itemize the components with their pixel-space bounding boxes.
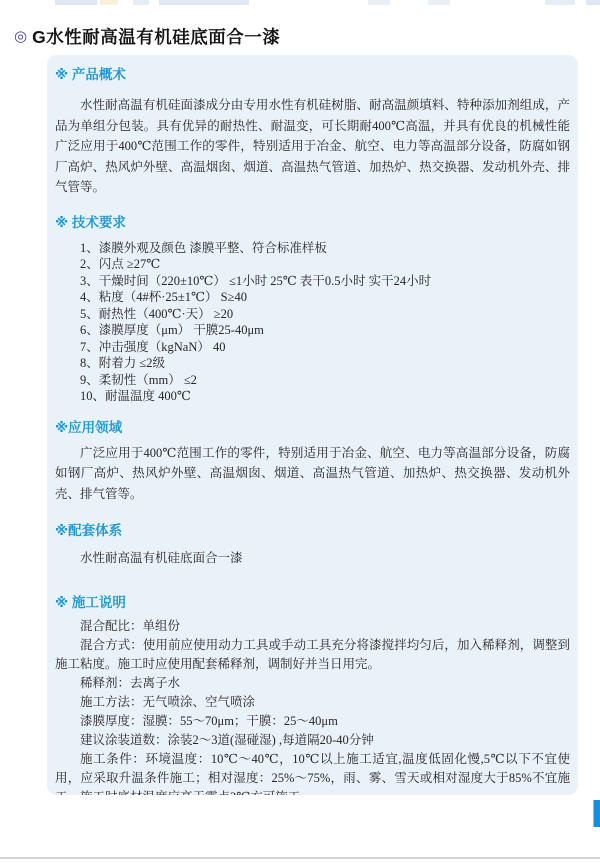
technical-requirement-item: 10、耐温温度 400℃ (55, 388, 570, 405)
technical-requirement-item: 6、漆膜厚度（μm） 干膜25-40μm (55, 322, 570, 339)
product-overview-paragraph: 水性耐高温有机硅面漆成分由专用水性有机硅树脂、耐高温颜填料、特种添加剂组成，产品… (55, 95, 570, 198)
construction-instruction-line: 建议涂装道数：涂装2～3道(湿碰湿) ,每道隔20-40分钟 (55, 731, 570, 750)
technical-requirement-item: 4、粘度（4#杯·25±1℃） S≥40 (55, 289, 570, 306)
technical-requirement-item: 8、附着力 ≤2级 (55, 355, 570, 372)
content-panel: ※ 产品概术 水性耐高温有机硅面漆成分由专用水性有机硅树脂、耐高温颜填料、特种添… (47, 55, 578, 795)
section-heading-application-fields: ※应用领域 (55, 419, 570, 437)
technical-requirement-item: 5、耐热性（400℃·天） ≥20 (55, 306, 570, 323)
product-datasheet-page: ◎ G水性耐高温有机硅底面合一漆 ※ 产品概术 水性耐高温有机硅面漆成分由专用水… (0, 0, 600, 865)
section-technical-requirements: ※ 技术要求 1、漆膜外观及颜色 漆膜平整、符合标准样板2、闪点 ≥27℃3、干… (55, 214, 570, 405)
top-edge-fragment (428, 0, 450, 5)
top-edge-fragment (545, 0, 575, 5)
section-matching-system: ※配套体系 水性耐高温有机硅底面合一漆 (55, 522, 570, 568)
construction-instruction-line: 混合方式：使用前应使用动力工具或手动工具充分将漆搅拌均匀后，加入稀释剂，调整到施… (55, 636, 570, 674)
section-product-overview: ※ 产品概术 水性耐高温有机硅面漆成分由专用水性有机硅树脂、耐高温颜填料、特种添… (55, 66, 570, 198)
page-title: G水性耐高温有机硅底面合一漆 (32, 24, 280, 49)
section-construction-instructions: ※ 施工说明 混合配比：单组份混合方式：使用前应使用动力工具或手动工具充分将漆搅… (55, 594, 570, 795)
technical-requirement-item: 1、漆膜外观及颜色 漆膜平整、符合标准样板 (55, 240, 570, 257)
construction-instruction-line: 混合配比：单组份 (55, 617, 570, 636)
top-edge-fragment (100, 0, 118, 5)
technical-requirement-item: 2、闪点 ≥27℃ (55, 256, 570, 273)
technical-requirement-item: 3、干燥时间（220±10℃） ≤1小时 25℃ 表干0.5小时 实干24小时 (55, 273, 570, 290)
scrollbar-thumb[interactable] (593, 800, 600, 827)
bullseye-bullet-icon: ◎ (14, 29, 27, 44)
section-heading-technical-requirements: ※ 技术要求 (55, 214, 570, 232)
construction-instruction-line: 施工方法：无气喷涂、空气喷涂 (55, 693, 570, 712)
construction-instruction-line: 施工条件：环境温度：10℃～40℃，10℃以上施工适宜,温度低固化慢,5℃以下不… (55, 750, 570, 795)
top-edge-fragment (159, 0, 249, 5)
technical-requirement-item: 7、冲击强度（kgNaN） 40 (55, 339, 570, 356)
top-edge-fragment (586, 0, 600, 5)
top-edge-fragment (55, 0, 97, 5)
section-heading-construction-instructions: ※ 施工说明 (55, 594, 570, 612)
technical-requirement-item: 9、柔韧性（mm） ≤2 (55, 372, 570, 389)
section-heading-matching-system: ※配套体系 (55, 522, 570, 540)
top-edge-fragment (368, 0, 390, 5)
technical-requirements-list: 1、漆膜外观及颜色 漆膜平整、符合标准样板2、闪点 ≥27℃3、干燥时间（220… (55, 240, 570, 405)
footer-divider (0, 857, 600, 859)
section-heading-product-overview: ※ 产品概术 (55, 66, 570, 84)
section-application-fields: ※应用领域 广泛应用于400℃范围工作的零件，特别适用于冶金、航空、电力等高温部… (55, 419, 570, 505)
construction-instructions-list: 混合配比：单组份混合方式：使用前应使用动力工具或手动工具充分将漆搅拌均匀后，加入… (55, 617, 570, 795)
page-title-row: ◎ G水性耐高温有机硅底面合一漆 (14, 24, 280, 49)
construction-instruction-line: 稀释剂：去离子水 (55, 674, 570, 693)
top-edge-fragment (133, 0, 149, 5)
matching-system-text: 水性耐高温有机硅底面合一漆 (55, 548, 570, 568)
construction-instruction-line: 漆膜厚度：湿膜：55～70μm；干膜：25～40μm (55, 712, 570, 731)
top-edge-fragments (0, 0, 600, 6)
application-fields-paragraph: 广泛应用于400℃范围工作的零件，特别适用于冶金、航空、电力等高温部分设备，防腐… (55, 443, 570, 505)
